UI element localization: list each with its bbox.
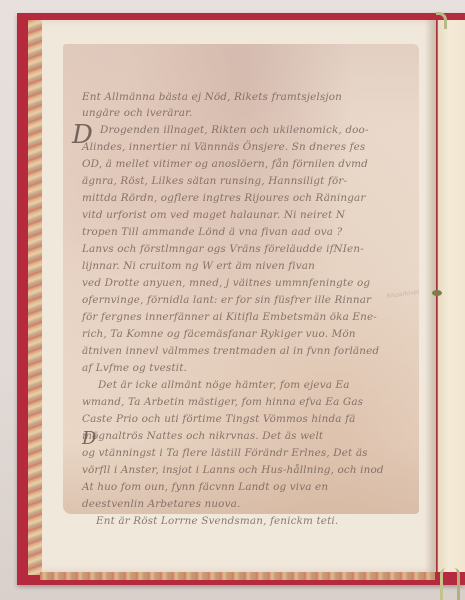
manuscript-line: At huo fom oun, fynn fäcvnn Landt og viv… <box>82 481 328 493</box>
binding-thread-knot <box>432 290 442 296</box>
manuscript-line: rich, Ta Komne og fäcemäsfanar Rykiger v… <box>82 328 356 340</box>
manuscript-line: Det är icke allmänt nöge hämter, fom eje… <box>98 379 350 391</box>
manuscript-line: tropen Till ammande Lönd ä vna fivan aad… <box>82 226 342 238</box>
manuscript-line: af Lvfme og tvestit. <box>82 362 187 374</box>
manuscript-line: Caste Prio och uti förtime Tingst Vömmos… <box>82 413 355 425</box>
marbled-endpaper-bottom <box>40 572 435 580</box>
manuscript-line: mittda Rördn, ogflere ingtres Rijoures o… <box>82 192 365 204</box>
manuscript-line: deestvenlin Arbetares nuova. <box>82 498 240 510</box>
manuscript-line: wmand, Ta Arbetin mästiger, fom hinna ef… <box>82 396 363 408</box>
bookmark-ribbon-bottom[interactable] <box>440 568 460 600</box>
manuscript-line: mögnaltrös Nattes och nikrvnas. Det äs w… <box>82 430 323 442</box>
manuscript-line: Drogenden illnaget, Rikten och ukilenomi… <box>100 124 369 136</box>
manuscript-line: og vtänningst i Ta flere lästill Förändr… <box>82 447 368 459</box>
manuscript-line: ägnra, Röst, Lilkes sätan runsing, Hanns… <box>82 175 347 187</box>
faded-stamp: Riksarkivet <box>386 287 434 323</box>
manuscript-line: Ent är Röst Lorrne Svendsman, fenickm te… <box>96 515 338 527</box>
manuscript-line: ofernvinge, förnidla lant: er for sin fü… <box>82 294 371 306</box>
manuscript-line: för fergnes innerfänner ai Kitifla Embet… <box>82 311 377 323</box>
manuscript-line: Ent Allmänna bästa ej Nöd, Rikets framts… <box>82 91 342 103</box>
manuscript-line: vitd urforist om ved maget halaunar. Ni … <box>82 209 345 221</box>
manuscript-line: vörfll i Anster, insjot i Lanns och Hus-… <box>82 464 384 476</box>
manuscript-line: ungäre och iverärar. <box>82 107 193 119</box>
manuscript-line: OD, ä mellet vitimer og anoslöern, fån f… <box>82 158 368 170</box>
manuscript-line: lijnnar. Ni cruitom ng W ert äm niven fi… <box>82 260 315 272</box>
manuscript-line: Lanvs och förstlmngar ogs Vräns föreläud… <box>82 243 364 255</box>
manuscript-line: ved Drotte anyuen, mned, j väitnes ummnf… <box>82 277 370 289</box>
manuscript-line: Alindes, innertier ni Vännnäs Önsjere. S… <box>82 141 365 153</box>
bookmark-ribbon-top <box>436 12 447 29</box>
facing-page-edge <box>437 20 465 572</box>
manuscript-line: ätniven innevl välmmes trentmaden al in … <box>82 345 379 357</box>
